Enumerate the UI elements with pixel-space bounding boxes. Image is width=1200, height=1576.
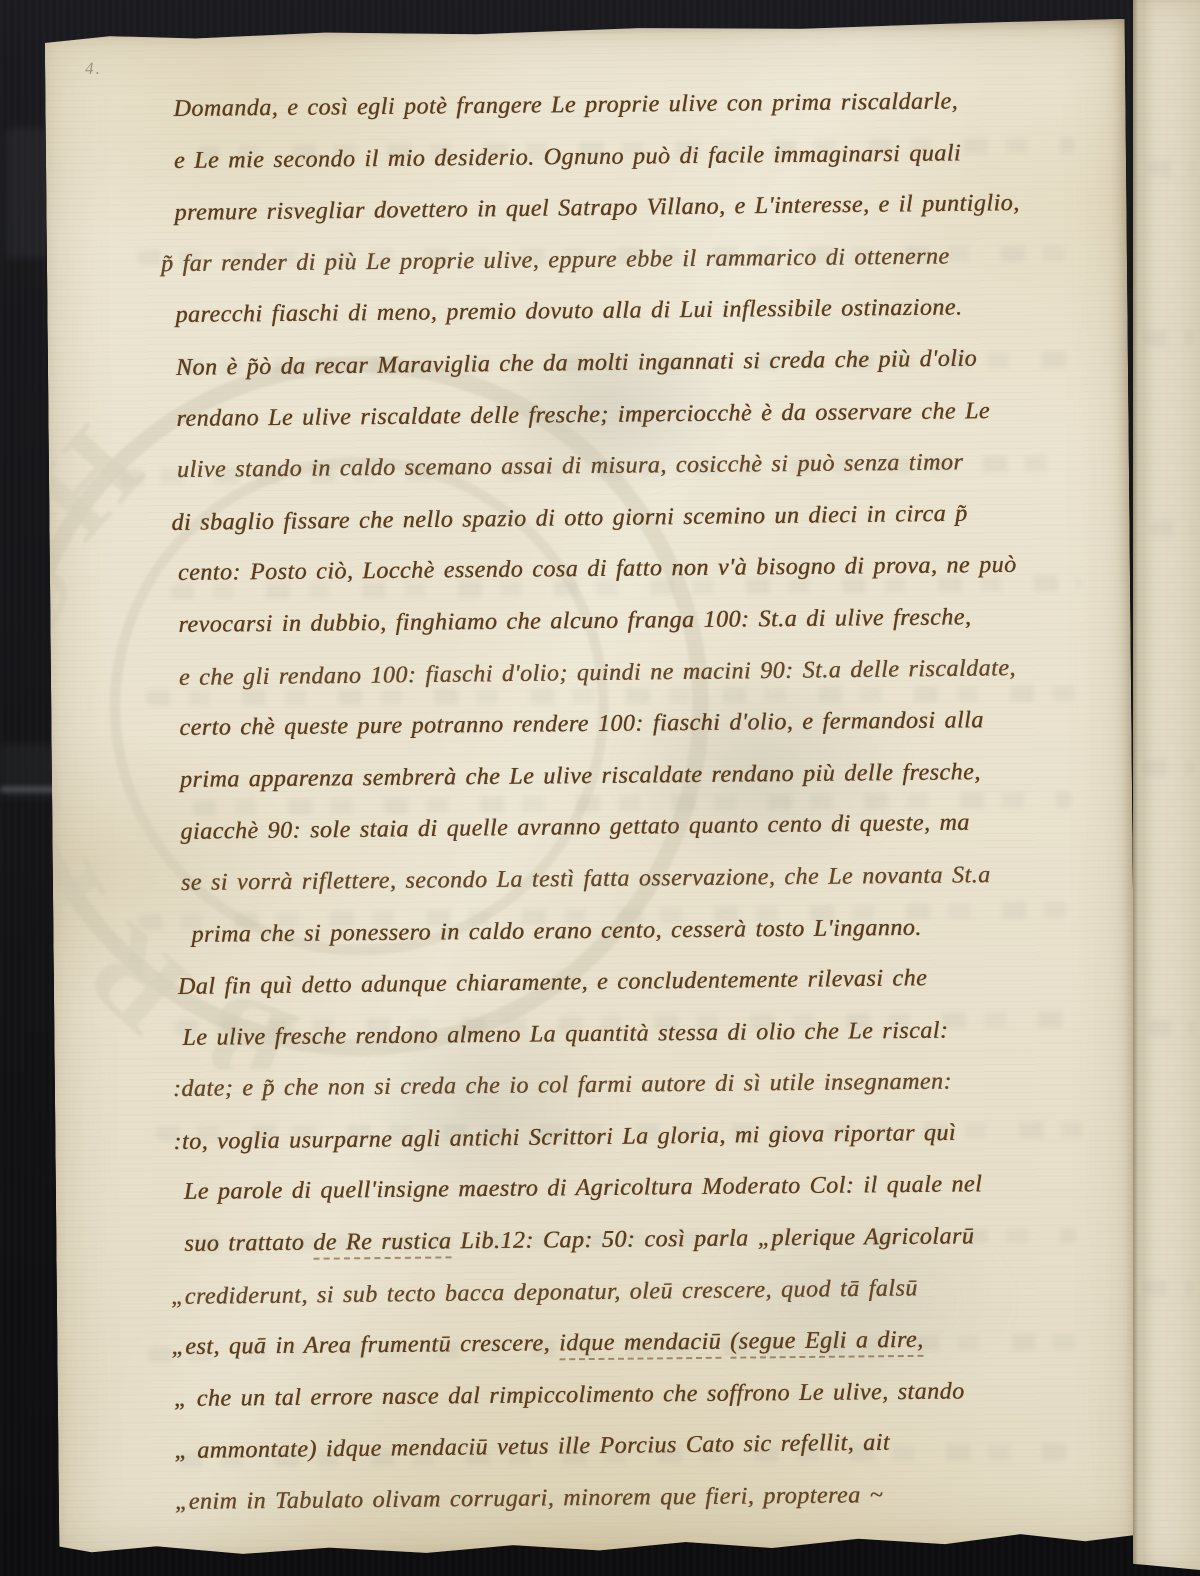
manuscript-line: rendano Le ulive riscaldate delle fresch… — [176, 385, 1114, 446]
scanner-margin-scratch — [0, 786, 60, 793]
manuscript-line: Le ulive fresche rendono almeno La quant… — [182, 1004, 1120, 1065]
manuscript-page: BRITISH 4. Domanda, e così egli potè fra… — [45, 19, 1140, 1557]
manuscript-line: cento: Posto ciò, Locchè essendo cosa di… — [178, 539, 1116, 600]
manuscript-line: suo trattato de Re rustica Lib.12: Cap: … — [184, 1210, 1122, 1271]
verso-bleed-through — [1143, 760, 1195, 776]
manuscript-line: „crediderunt, si sub tecto bacca deponat… — [171, 1261, 1124, 1324]
manuscript-line: se si vorrà riflettere, secondo La testì… — [181, 849, 1119, 910]
verso-bleed-through — [1147, 160, 1195, 176]
adjacent-page-edge — [1133, 0, 1200, 1570]
manuscript-line: revocarsi in dubbio, finghiamo che alcun… — [178, 591, 1116, 652]
manuscript-line: :to, voglia usurparne agli antichi Scrit… — [173, 1106, 1122, 1169]
verso-bleed-through — [1149, 520, 1195, 536]
manuscript-line: „est, quā in Area frumentū crescere, idq… — [171, 1313, 1123, 1374]
manuscript-line: certo chè queste pure potranno rendere 1… — [179, 694, 1117, 755]
manuscript-line: Non è p̃ò da recar Maraviglia che da mol… — [176, 332, 1115, 395]
verso-bleed-through — [1143, 1280, 1193, 1296]
manuscript-line: Domanda, e così egli potè frangere Le pr… — [173, 75, 1111, 136]
manuscript-line: „enim in Tabulato olivam corrugari, mino… — [175, 1468, 1125, 1529]
manuscript-line: p̃ far render di più Le proprie ulive, e… — [161, 230, 1113, 291]
manuscript-line: e che gli rendano 100: fiaschi d'olio; q… — [179, 642, 1118, 705]
manuscript-line: Le parole di quell'insigne maestro di Ag… — [184, 1158, 1122, 1219]
verso-bleed-through — [1147, 1020, 1195, 1036]
manuscript-line: di sbaglio fissare che nello spazio di o… — [171, 487, 1116, 550]
verso-bleed-through — [1143, 330, 1195, 346]
scanned-manuscript-view: BRITISH 4. Domanda, e così egli potè fra… — [0, 0, 1200, 1576]
text-block: Domanda, e così egli potè frangere Le pr… — [173, 75, 1125, 1529]
scanner-margin-scratch — [6, 128, 50, 258]
folio-mark: 4. — [85, 59, 102, 79]
